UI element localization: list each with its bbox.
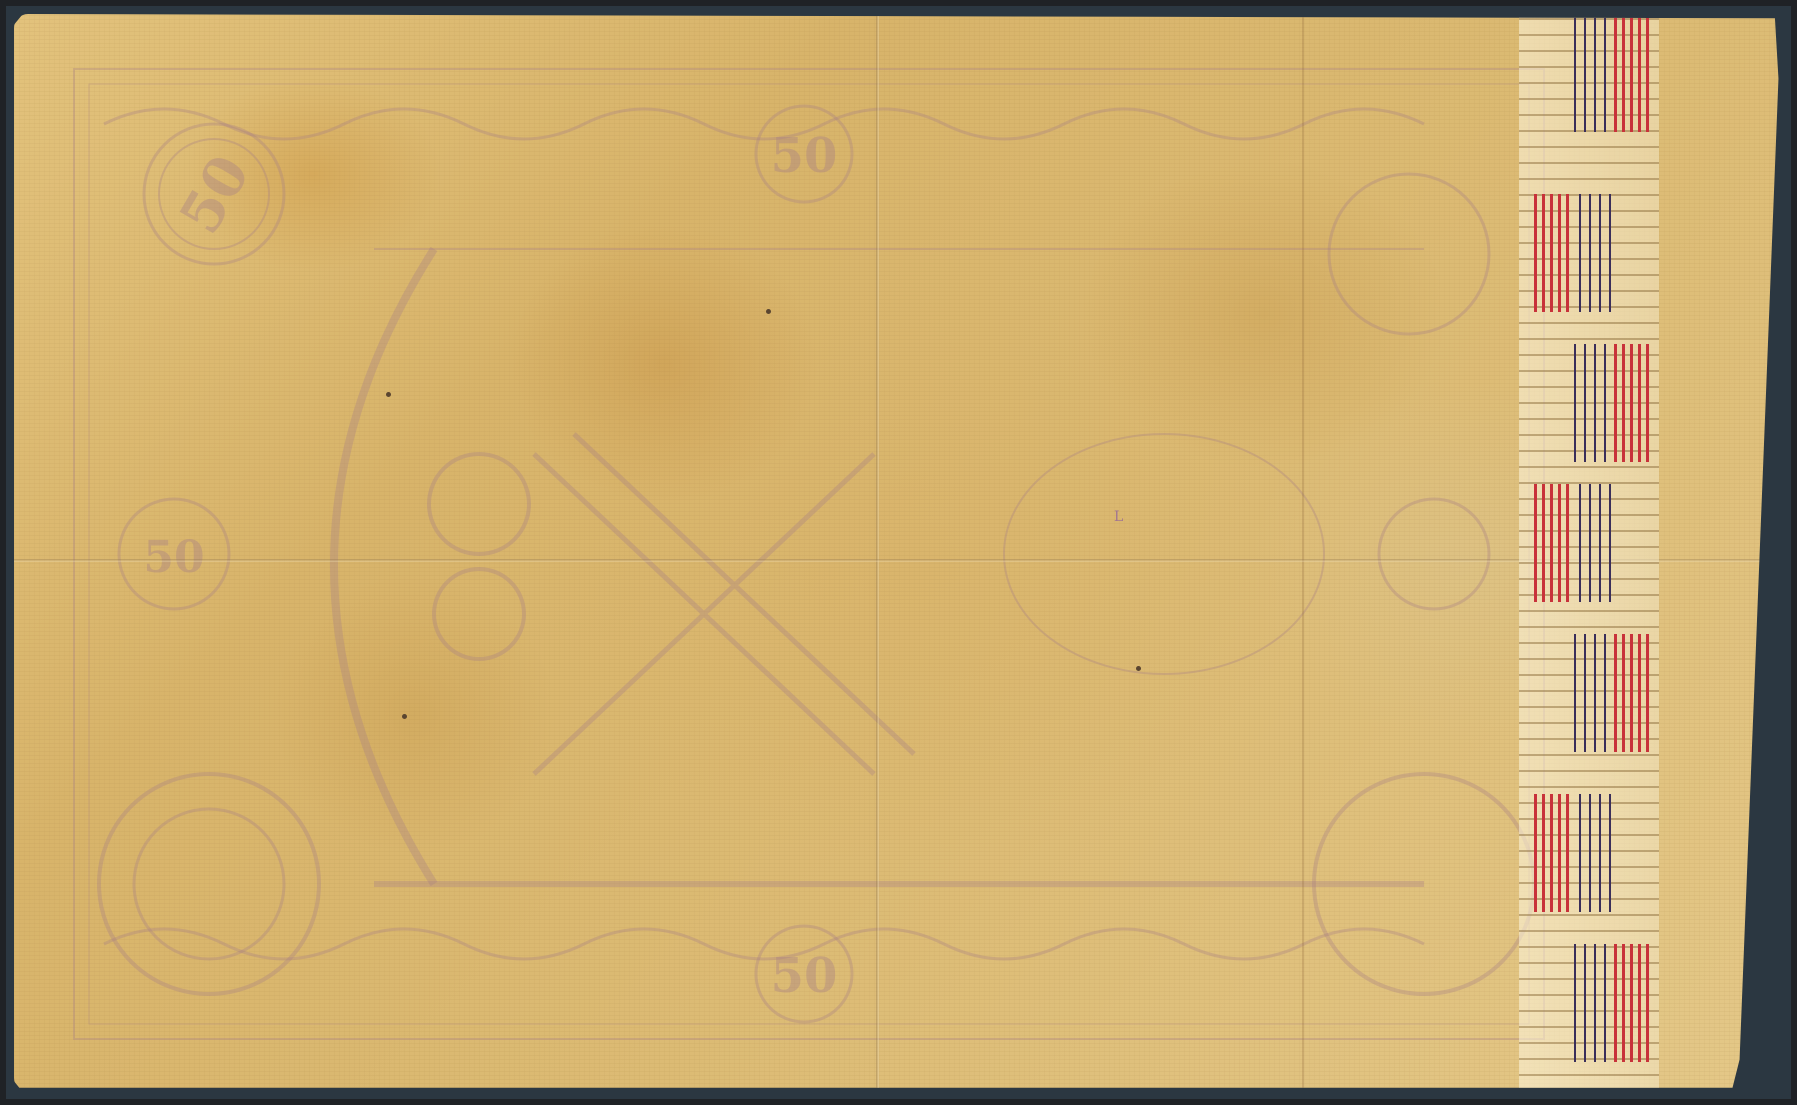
denomination-top: 50 [771,128,838,184]
repair-tape-strip [1519,14,1659,1092]
speck [402,714,407,719]
fold-crease-vertical [876,14,879,1092]
speck [1136,666,1141,671]
speck [766,309,771,314]
svg-text:50: 50 [167,144,263,244]
svg-text:50: 50 [143,532,204,583]
banknote: 50 50 50 50 L [14,14,1782,1092]
ink-mark: L [1114,509,1123,525]
fold-crease-horizontal [14,559,1782,562]
denomination-bottom: 50 [771,948,838,1004]
guilloche-ornament: 50 50 50 50 [14,14,1782,1092]
fold-crease-vertical-2 [1302,14,1304,1092]
speck [386,392,391,397]
